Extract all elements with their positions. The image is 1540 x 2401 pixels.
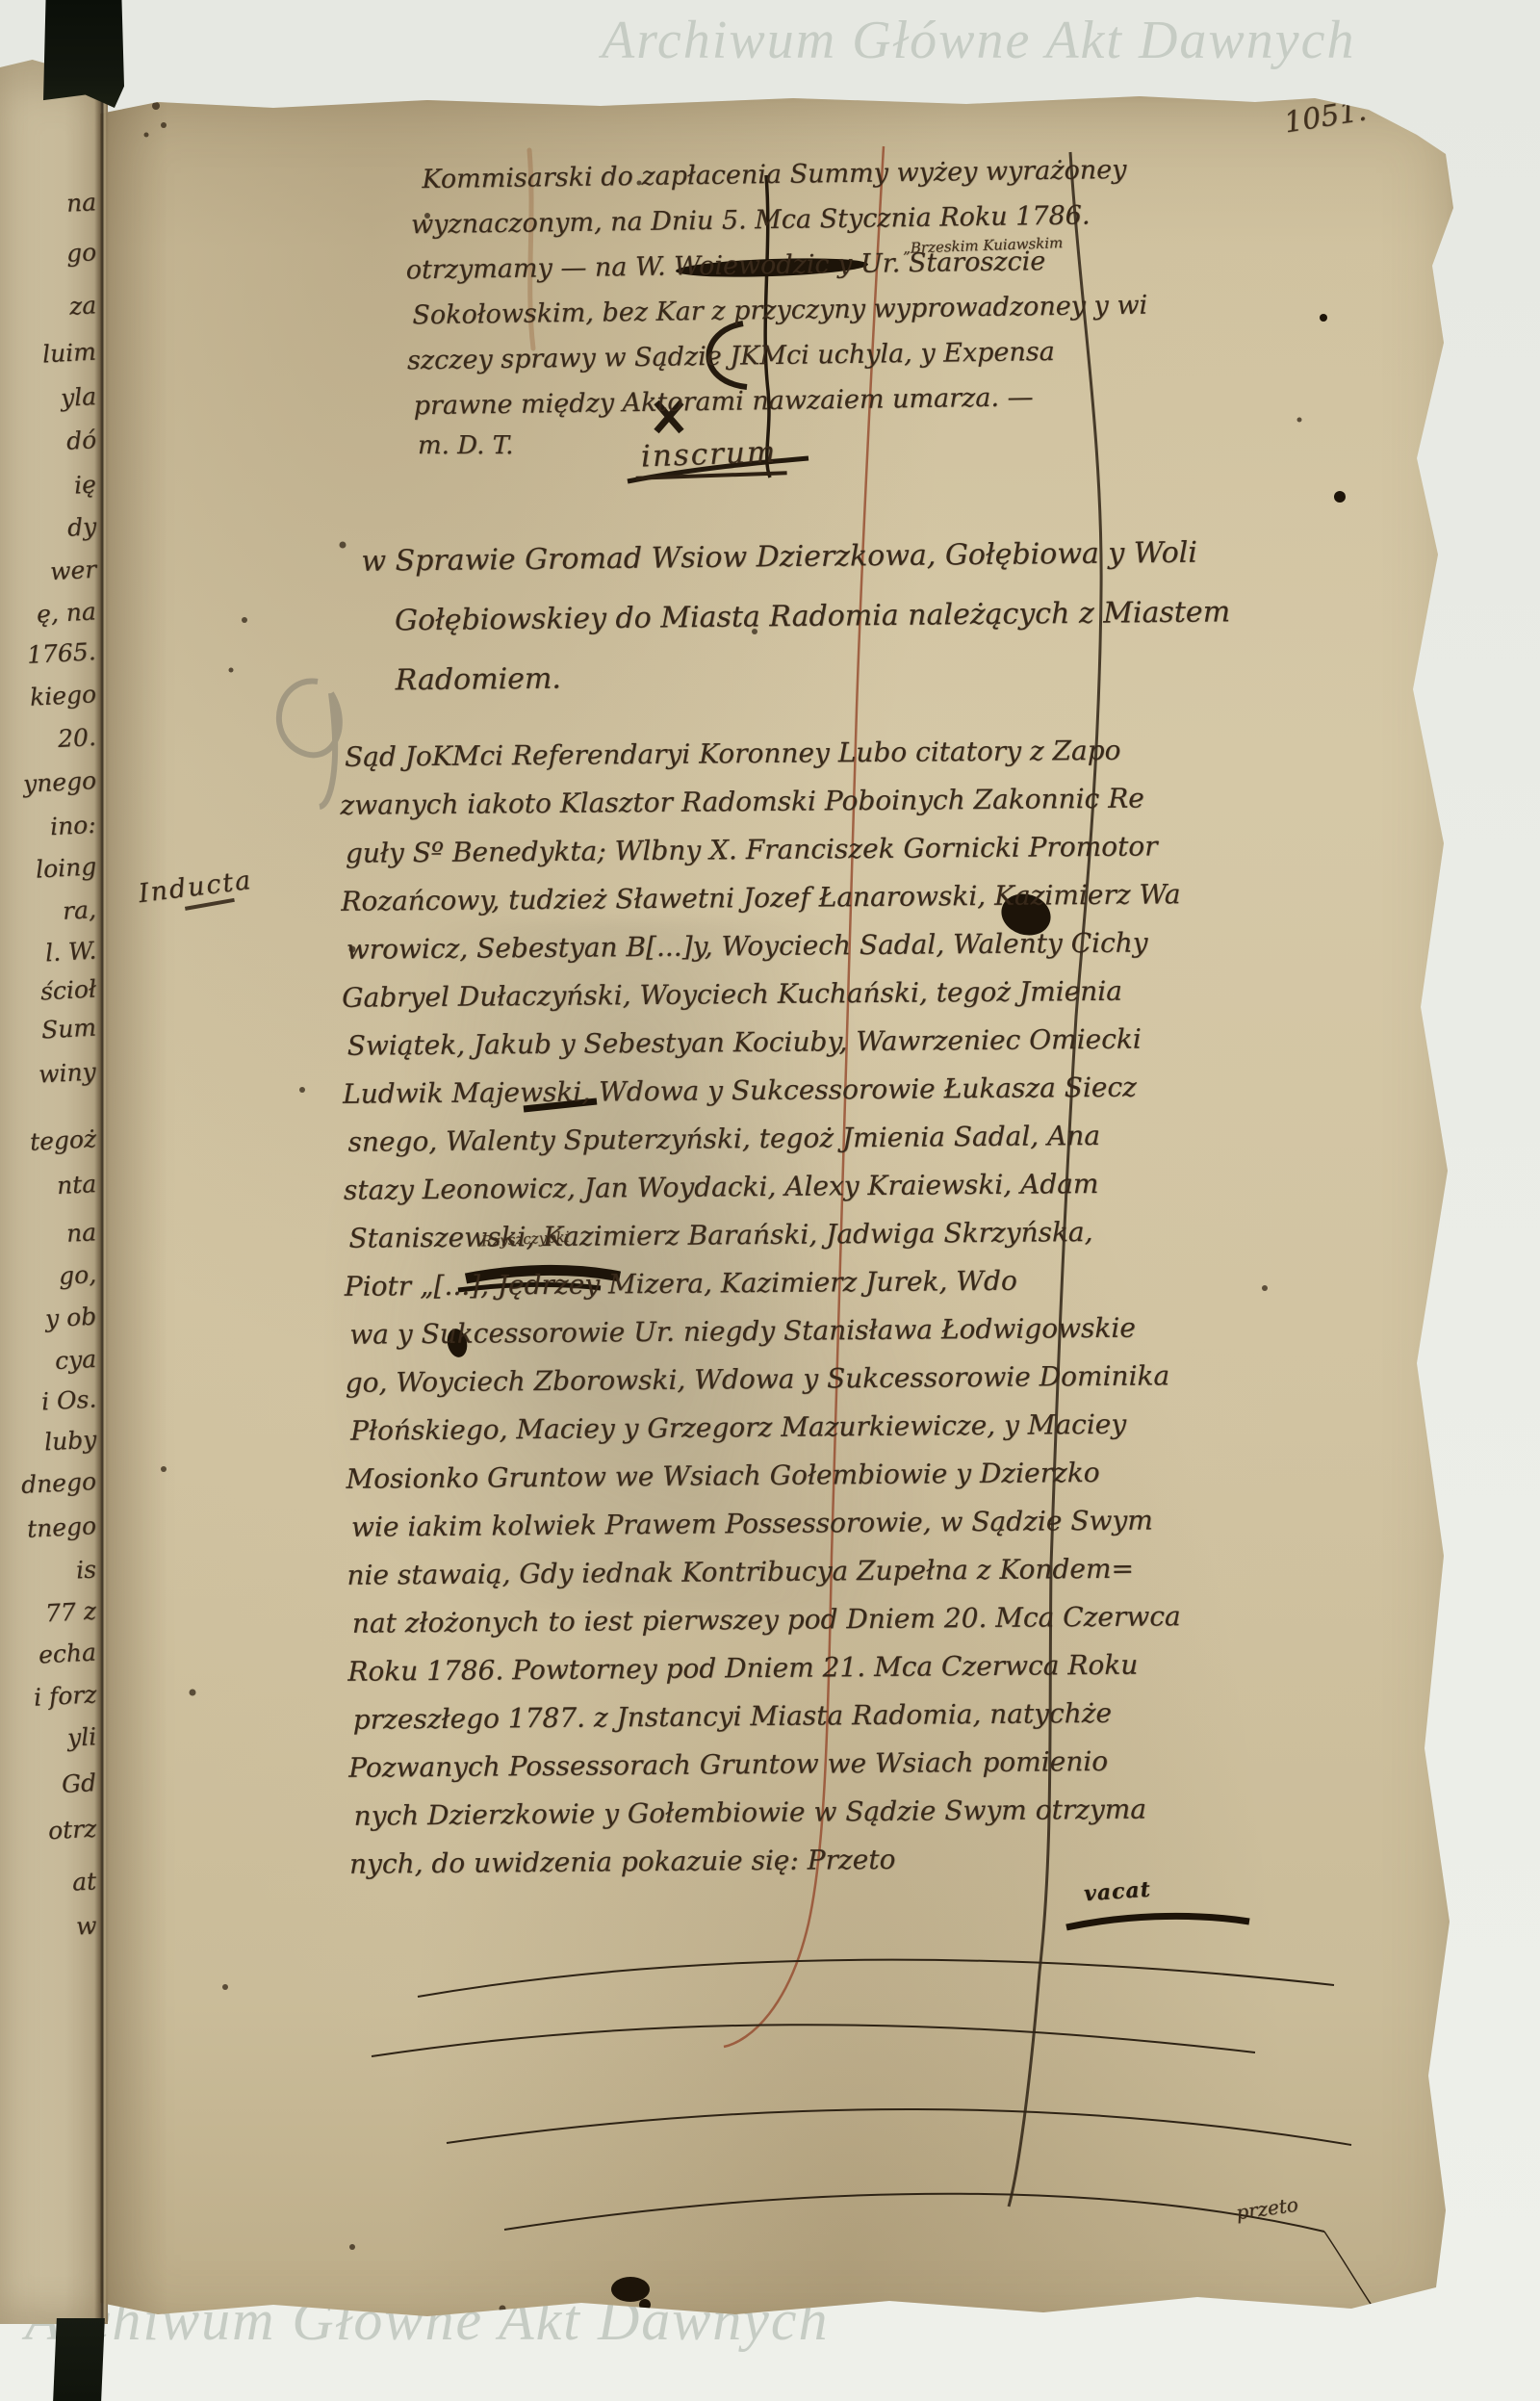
page-edge-text-fragment: ynego bbox=[22, 766, 96, 798]
page-edge-text-fragment: tnego bbox=[26, 1511, 96, 1543]
manuscript-line: Gabryel Dułaczyński, Woyciech Kuchański,… bbox=[342, 967, 1182, 1022]
page-edge-text-fragment: at bbox=[71, 1867, 96, 1896]
manuscript-line: go, Woyciech Zborowski, Wdowa y Sukcesso… bbox=[345, 1352, 1185, 1407]
page-edge-text-fragment: otrz bbox=[47, 1815, 97, 1846]
page-edge-text-fragment: tegoż bbox=[29, 1124, 97, 1156]
page-edge-text-fragment: go, bbox=[58, 1260, 96, 1290]
page-edge-text-fragment: kiego bbox=[29, 680, 96, 711]
page-edge-text-fragment: yla bbox=[60, 382, 96, 412]
page-edge-text-fragment: dó bbox=[65, 426, 97, 455]
page-edge-text-fragment: ino: bbox=[50, 811, 97, 840]
pencil-mark-9 bbox=[279, 682, 340, 807]
case-heading-paragraph: w Sprawie Gromad Wsiow Dzierzkowa, Gołęb… bbox=[361, 523, 1231, 710]
manuscript-line: Roku 1786. Powtorney pod Dniem 21. Mca C… bbox=[347, 1640, 1188, 1696]
page-edge-text-fragment: loing bbox=[35, 852, 97, 883]
manuscript-line: w Sprawie Gromad Wsiow Dzierzkowa, Gołęb… bbox=[361, 523, 1230, 591]
page-edge-text-fragment: yli bbox=[66, 1722, 97, 1752]
manuscript-line: wrowicz, Sebestyan B[...]y, Woyciech Sad… bbox=[346, 918, 1182, 974]
page-edge-text-fragment: 1765. bbox=[27, 637, 97, 669]
flourish-lines bbox=[372, 1960, 1376, 2312]
document-scan: Archiwum Główne Akt Dawnych Archiwum Głó… bbox=[0, 0, 1540, 2401]
watermark-top: Archiwum Główne Akt Dawnych bbox=[602, 10, 1355, 71]
manuscript-line: Rozańcowy, tudzież Sławetni Jozef Łanaro… bbox=[341, 870, 1181, 926]
page-edge-text-fragment: za bbox=[68, 291, 97, 320]
manuscript-line: nat złożonych to iest pierwszey pod Dnie… bbox=[352, 1592, 1188, 1648]
page-edge-text-fragment: luim bbox=[41, 338, 96, 369]
page-edge-text-fragment: na bbox=[65, 188, 96, 218]
page-edge-text-fragment: winy bbox=[38, 1057, 97, 1088]
manuscript-line: Mosionko Gruntow we Wsiach Gołembiowie y… bbox=[346, 1448, 1186, 1504]
manuscript-line: przeszłego 1787. z Jnstancyi Miasta Rado… bbox=[353, 1689, 1189, 1744]
binding-ribbon-top bbox=[43, 0, 124, 108]
docket-word: inscrum bbox=[634, 434, 787, 479]
manuscript-line: Gołębiowskiey do Miasta Radomia należący… bbox=[362, 582, 1231, 651]
manuscript-line: Płońskiego, Maciey y Grzegorz Mazurkiewi… bbox=[350, 1400, 1186, 1456]
manuscript-line: Swiątek, Jakub y Sebestyan Kociuby, Wawr… bbox=[346, 1015, 1182, 1071]
page-edge-text-fragment: luby bbox=[43, 1426, 97, 1457]
page-edge-text-fragment: i forz bbox=[33, 1680, 97, 1711]
page-edge-text-fragment: na bbox=[65, 1218, 96, 1248]
manuscript-line: snego, Walenty Sputerzyński, tegoż Jmien… bbox=[347, 1111, 1183, 1167]
manuscript-page: 1051. Kommisarski do zapłacenia Summy wy… bbox=[100, 92, 1457, 2336]
manuscript-line: nych Dzierzkowie y Gołembiowie w Sądzie … bbox=[353, 1785, 1189, 1841]
manuscript-line: nych, do uwidzenia pokazuie się: Przeto bbox=[349, 1833, 1190, 1889]
manuscript-line: stazy Leonowicz, Jan Woydacki, Alexy Kra… bbox=[344, 1159, 1184, 1215]
manuscript-line: zwanych iakoto Klasztor Radomski Poboiny… bbox=[340, 774, 1180, 830]
page-edge-text-fragment: nta bbox=[56, 1170, 97, 1200]
page-edge-text-fragment: i Os. bbox=[40, 1385, 97, 1416]
manuscript-line: Staniszewski, Kazimierz Barański, Jadwig… bbox=[348, 1207, 1184, 1263]
manuscript-line: Pozwanych Possessorach Gruntow we Wsiach… bbox=[348, 1737, 1189, 1793]
vacat-note: vacat bbox=[1083, 1877, 1152, 1907]
page-edge-text-fragment: Sum bbox=[40, 1014, 96, 1045]
page-edge-text-fragment: 77 z bbox=[44, 1597, 96, 1628]
page-edge-text-fragment: dy bbox=[66, 512, 97, 542]
previous-page-text-fragments: nagozaluimyladóiędywerę, na1765.kiego20.… bbox=[0, 0, 102, 2401]
binding-ribbon-bottom bbox=[53, 2318, 105, 2401]
page-edge-text-fragment: ę, na bbox=[37, 597, 97, 628]
page-edge-text-fragment: dnego bbox=[20, 1467, 96, 1499]
manuscript-line: Piotr „[...], Jędrzey Mizera, Kazimierz … bbox=[345, 1255, 1185, 1311]
page-edge-text-fragment: 20. bbox=[58, 723, 97, 753]
page-edge-text-fragment: y ob bbox=[44, 1303, 97, 1333]
manuscript-line: Ludwik Majewski, Wdowa y Sukcessorowie Ł… bbox=[343, 1063, 1183, 1119]
binding-gutter bbox=[94, 64, 109, 2322]
page-edge-text-fragment: echa bbox=[38, 1638, 96, 1668]
manuscript-line: nie stawaią, Gdy iednak Kontribucya Zupe… bbox=[346, 1544, 1187, 1600]
page-edge-text-fragment: cya bbox=[54, 1345, 96, 1375]
page-edge-text-fragment: Gd bbox=[61, 1768, 96, 1798]
page-edge-text-fragment: ra, bbox=[62, 895, 96, 925]
clerk-initials: m. D. T. bbox=[418, 431, 513, 460]
page-edge-text-fragment: go bbox=[65, 238, 97, 268]
page-edge-text-fragment: wer bbox=[49, 555, 97, 585]
page-edge-text-fragment: l. W. bbox=[44, 937, 97, 968]
opening-paragraph: Kommisarski do zapłacenia Summy wyżey wy… bbox=[404, 147, 1149, 429]
page-edge-text-fragment: ścioł bbox=[39, 975, 96, 1006]
manuscript-line: Sąd JoKMci Referendaryi Koronney Lubo ci… bbox=[345, 726, 1180, 782]
decree-paragraph: Sąd JoKMci Referendaryi Koronney Lubo ci… bbox=[340, 726, 1190, 1889]
manuscript-line: Radomiem. bbox=[362, 642, 1231, 710]
manuscript-line: guły Sº Benedykta; Wlbny X. Franciszek G… bbox=[346, 822, 1181, 878]
manuscript-line: wie iakim kolwiek Prawem Possessorowie, … bbox=[351, 1496, 1187, 1552]
manuscript-line: wa y Sukcessorowie Ur. niegdy Stanisława… bbox=[349, 1304, 1185, 1359]
